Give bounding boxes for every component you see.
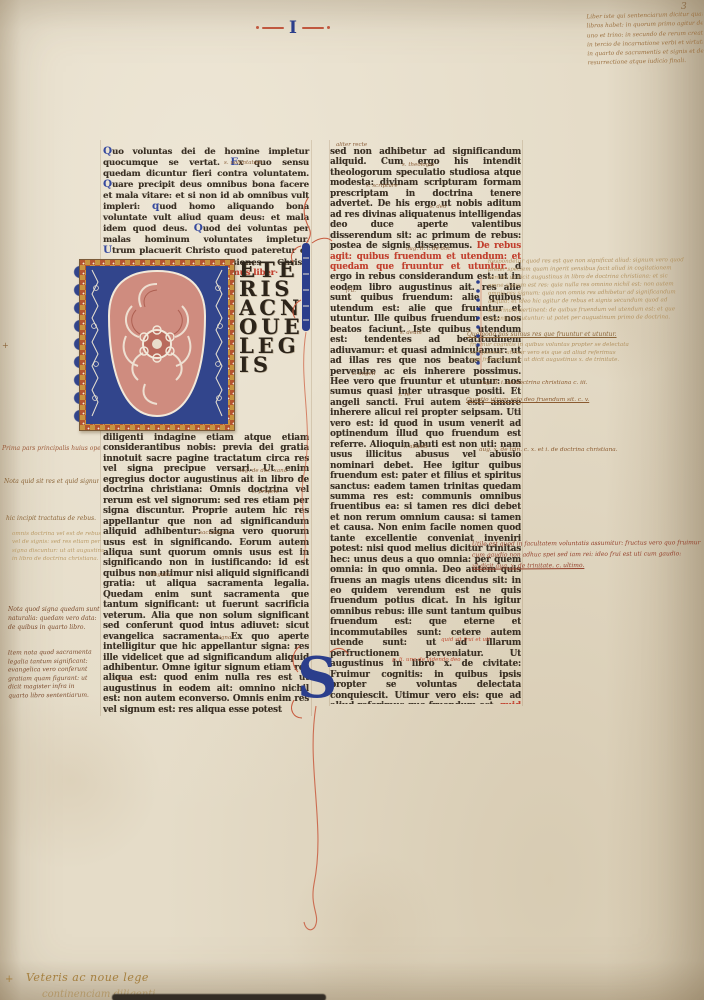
interlinear-gloss: s. theologia [402, 162, 434, 168]
interlinear-gloss: fru. [346, 288, 356, 294]
note-line: Nota quod signa quedam sunt [8, 606, 104, 615]
margin-note-left-5: Nota quod signa quedam suntnaturalia: qu… [8, 606, 104, 632]
illuminated-initial-frame [79, 259, 235, 431]
note-line: fruimur cognitis in quibus voluntas prop… [470, 342, 688, 350]
catchword-line-1: Veteris ac noue lege [26, 971, 149, 984]
interlinear-gloss: s. signa [210, 635, 231, 641]
interlinear-gloss: s. angeli [352, 371, 375, 377]
top-right-annotation: Liber iste qui sentenciarum dicitur quat… [586, 11, 703, 70]
margin-note-right-1: Respondetur quod res est que non signifi… [488, 256, 699, 323]
margin-note-right-6: aug. x. de trin. c. x. et i. de doctrina… [479, 447, 654, 453]
margin-note-left-2: Nota quid sit res et quid signum. [4, 478, 99, 485]
edge-plus-mark: + [2, 341, 9, 350]
interlinear-gloss: s. scripture [366, 183, 398, 189]
margin-note-left-3: hic incipit tractatus de rebus. [6, 515, 98, 522]
note-line: Nota quid sit res et quid signum. [4, 478, 99, 485]
interlinear-gloss: p. li. uno de videndo deo [392, 657, 461, 663]
blue-initial: U [103, 244, 112, 256]
right-column-flow: sed non adhibetur ad significandum aliqu… [330, 147, 521, 704]
photo-edge-shadow [112, 994, 326, 1000]
margin-note-right-2: Quomodo nos sumus res que fruuntur et ut… [467, 331, 662, 338]
note-line: signa discuntur: ut ait augustinus [12, 547, 104, 555]
note-line: Prima pars principalis huius operis. [2, 445, 100, 452]
interlinear-gloss: i. sacramenta [194, 530, 232, 536]
blue-initial: Q [194, 222, 203, 234]
margin-note-right-7: Utile est quod in facultatem voluntatis … [472, 538, 701, 572]
interlinear-gloss: aug. de doc. xana [238, 468, 287, 474]
interlinear-gloss: aliter recte [336, 142, 367, 148]
note-line: aug. x. de trin. c. x. et i. de doctrina… [479, 447, 654, 453]
interlinear-gloss: s. uoluntatem [224, 160, 262, 166]
ruling-line [522, 140, 523, 706]
text-segment: Et angeli sancti. Frui autem est: amore … [330, 387, 521, 606]
margin-note-right-3: fruimur cognitis in quibus voluntas prop… [470, 342, 688, 365]
text-segment: In his igitur omnibus rebus: ille sunt t… [330, 596, 521, 704]
illuminated-initial-letter [86, 266, 228, 424]
margin-note-left-4: omnis doctrina vel est de rebusvel de si… [12, 530, 104, 564]
margin-note-left-1: Prima pars principalis huius operis. [2, 445, 100, 452]
quire-mark: I [248, 18, 338, 38]
right-column-text: sed non adhibetur ad significandum aliqu… [330, 147, 521, 704]
display-letters: ETERISACNOUELEGIS [239, 260, 309, 431]
note-line: quo fruendum est: ut dicit augustinus x.… [470, 357, 688, 365]
note-line: Quomodo nos sumus res que fruuntur et ut… [467, 331, 662, 338]
margin-note-right-5: Questio utrum solo deo fruendum sit. c. … [466, 397, 656, 403]
manuscript-page: I 3 Liber iste qui sentenciarum dicitur … [0, 0, 704, 1000]
left-column-text: diligenti indagine etiam atque etiam con… [103, 433, 309, 714]
note-line: conquiescit: utimur vero eis que ad aliu… [470, 350, 688, 358]
margin-note-left-6: Item nota quod sacramentalegalia tantum … [8, 648, 105, 701]
note-line: aug. li. i. de doctrina christiana c. ii… [479, 380, 654, 386]
note-line: omnis doctrina vel est de rebus [12, 530, 104, 538]
note-line: ut dicit aug. x. de trinitate. c. ultimo… [472, 560, 701, 572]
penwork-dash-icon [262, 27, 284, 29]
zigzag-penwork [92, 270, 98, 416]
interlinear-gloss: quid sit frui et uti [441, 637, 490, 643]
penwork-dash-icon [302, 27, 324, 29]
blue-initial: Q [103, 178, 112, 190]
interlinear-gloss: s. proprie [252, 489, 279, 495]
interlinear-gloss: i. abusio [404, 444, 428, 450]
interlinear-gloss: s. re [398, 392, 410, 398]
text-segment: Cum ergo his intendit theologorum specul… [330, 157, 521, 251]
bottom-plus-mark: + [5, 974, 13, 985]
interlinear-gloss: s. legalia [146, 572, 171, 578]
illuminated-initial-ground [86, 266, 228, 424]
margin-note-right-4: aug. li. i. de doctrina christiana c. ii… [479, 380, 654, 386]
annotation-line: resurrectione atque iudicio finali. [587, 57, 703, 69]
note-line: quarto libro sententiarum. [8, 691, 104, 701]
note-line: Item nota quod sacramenta [8, 648, 104, 658]
zigzag-penwork [216, 270, 222, 416]
interlinear-gloss: s. deum [400, 330, 422, 336]
note-line: cum gaudio non adhuc spei sed iam rei: i… [472, 549, 701, 561]
quire-mark-letter: I [289, 20, 297, 37]
note-line: fruuntur et utuntur: ut patet per august… [488, 313, 698, 323]
interlinear-gloss: aug. [118, 676, 130, 682]
note-line: de quibus in quarto libro. [8, 624, 104, 633]
note-line: vel de signis: sed res etiam per [12, 538, 104, 546]
interlinear-gloss: aug. li. i. de doc. [406, 246, 452, 252]
note-line: naturalia: quedam vero data: [8, 615, 104, 624]
note-line: Questio utrum solo deo fruendum sit. c. … [466, 397, 656, 403]
blue-initial: Q [103, 145, 112, 157]
ruling-line [311, 140, 312, 716]
interlinear-gloss: s. deo [430, 204, 446, 210]
note-line: in libro de doctrina christiana. [12, 555, 104, 563]
note-line: hic incipit tractatus de rebus. [6, 515, 98, 522]
